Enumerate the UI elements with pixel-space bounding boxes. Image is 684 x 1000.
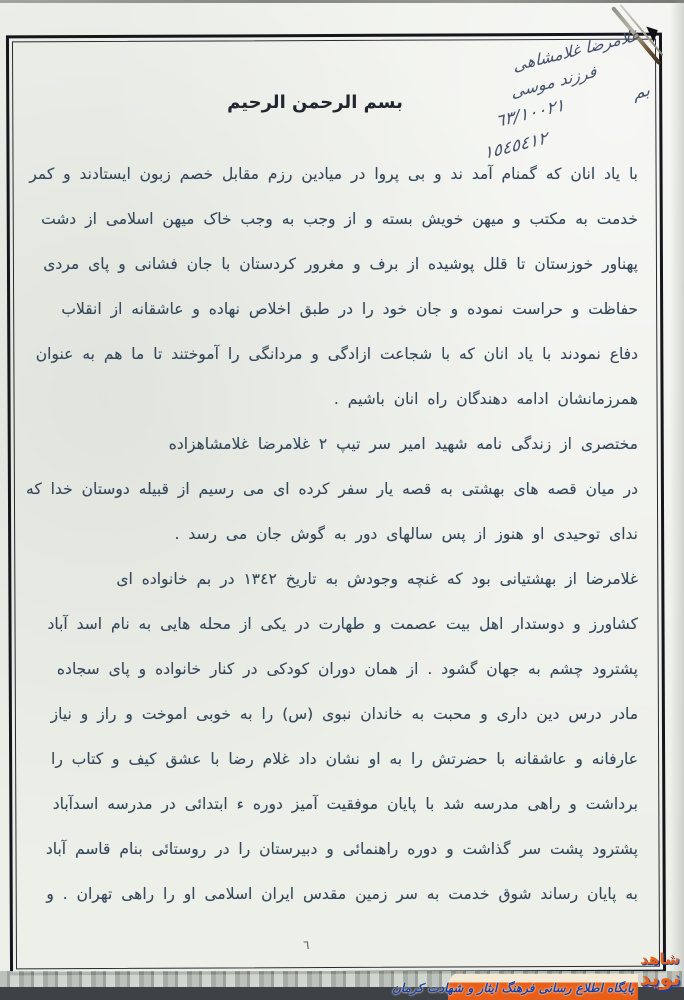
document-line: همرزمانشان ادامه دهندگان راه انان باشیم … bbox=[36, 377, 638, 422]
scanner-edge-line bbox=[0, 0, 684, 3]
document-line: پهناور خوزستان تا قلل پوشیده از برف و مغ… bbox=[36, 242, 638, 287]
document-line: ندای توحیدی او هنوز از پس سالهای دور به … bbox=[36, 512, 638, 557]
scanned-document-page: { "doc": { "note": { "name_line": "غلامر… bbox=[0, 0, 684, 1000]
paper-edge-shadow bbox=[670, 0, 684, 1000]
document-line: برداشت و راهی مدرسه شد با پایان موفقیت آ… bbox=[36, 782, 638, 827]
navid-shahed-logo: شاهد نوید bbox=[636, 950, 684, 1000]
logo-word-top: شاهد bbox=[636, 952, 684, 967]
watermark-site-name: پایگاه اطلاع رسانی فرهنگ ایثار و شهادت ک… bbox=[450, 981, 634, 995]
document-line: کشاورز و دوستدار اهل بیت عصمت و طهارت در… bbox=[36, 602, 638, 647]
document-line: عارفانه و عاشقانه با حضرتش را به او نشان… bbox=[36, 737, 638, 782]
document-body: با یاد انان که گمنام آمد ند و بی پروا در… bbox=[36, 152, 638, 917]
document-line: پشترود پشت سر گذاشت و دوره راهنمائی و دب… bbox=[36, 827, 638, 872]
document-line: در میان قصه های بهشتی به قصه یار سفر کرد… bbox=[36, 467, 638, 512]
document-line: غلامرضا از بهشتیانی بود که غنچه وجودش به… bbox=[36, 557, 638, 602]
logo-word-bottom: نوید bbox=[636, 968, 684, 989]
footer-page-mark: ٦ bbox=[303, 938, 309, 952]
document-line-section-heading: مختصری از زندگی نامه شهید امیر سر تیپ ٢ … bbox=[36, 422, 638, 467]
document-line: دفاع نمودند با یاد انان که با شجاعت ازاد… bbox=[36, 332, 638, 377]
document-line: حفاظت و حراست نموده و جان خود را در طبق … bbox=[36, 287, 638, 332]
document-line: خدمت به مکتب و میهن خویش بسته و از وجب ب… bbox=[36, 197, 638, 242]
document-line: به پایان رساند شوق خدمت به سر زمین مقدس … bbox=[36, 872, 638, 917]
site-watermark: پایگاه اطلاع رسانی فرهنگ ایثار و شهادت ک… bbox=[448, 950, 684, 1000]
document-line: پشترود چشم به جهان گشود . از همان دوران … bbox=[36, 647, 638, 692]
document-line: مادر درس دین داری و محبت به خاندان نبوی … bbox=[36, 692, 638, 737]
handwritten-place: بم bbox=[634, 80, 651, 104]
bismillah-title: بسم الرحمن الرحيم bbox=[215, 92, 415, 113]
document-line: با یاد انان که گمنام آمد ند و بی پروا در… bbox=[36, 152, 638, 197]
